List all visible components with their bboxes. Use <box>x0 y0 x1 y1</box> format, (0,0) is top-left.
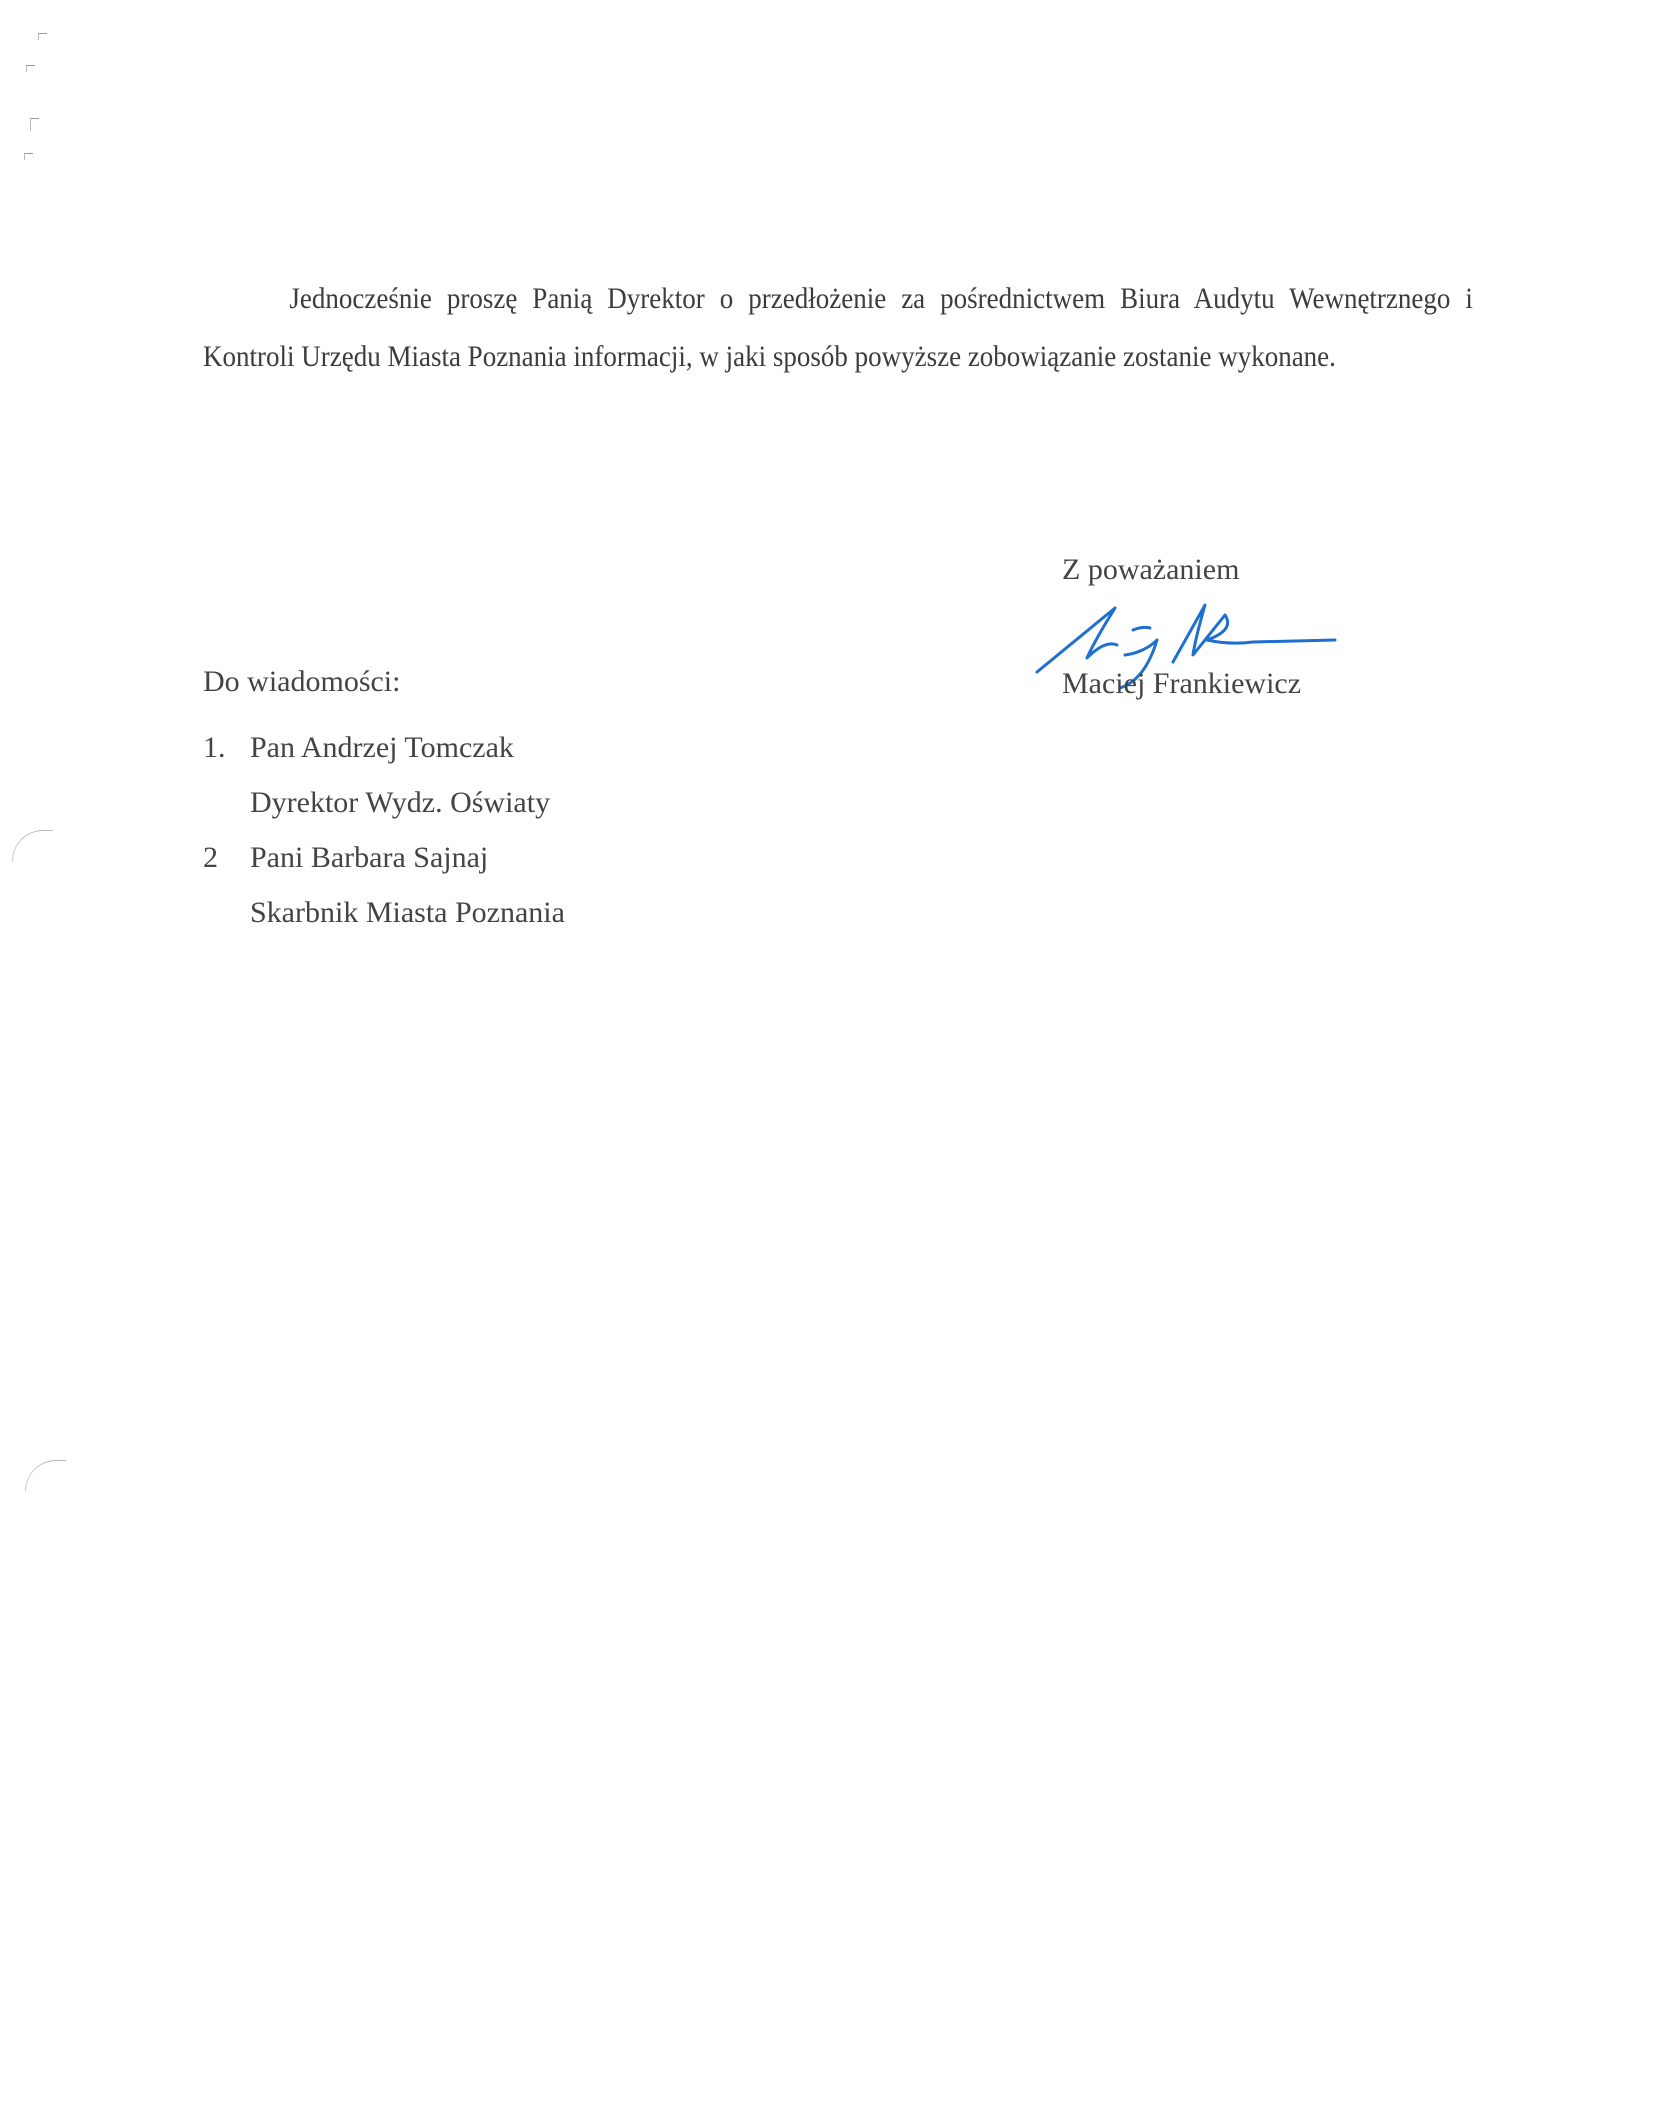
cc-item-title: Dyrektor Wydz. Oświaty <box>250 775 565 830</box>
cc-item-number: 1. <box>203 720 226 775</box>
body-paragraph: Jednocześnie proszę Panią Dyrektor o prz… <box>203 270 1473 386</box>
scan-artifact <box>12 830 53 861</box>
signatory-name: Maciej Frankiewicz <box>1062 667 1301 701</box>
cc-item-number: 2 <box>203 830 218 885</box>
cc-list-item: 1. Pan Andrzej Tomczak Dyrektor Wydz. Oś… <box>203 720 565 830</box>
cc-list: 1. Pan Andrzej Tomczak Dyrektor Wydz. Oś… <box>203 720 565 940</box>
cc-list-item: 2 Pani Barbara Sajnaj Skarbnik Miasta Po… <box>203 830 565 940</box>
cc-item-name: Pani Barbara Sajnaj <box>250 830 565 885</box>
margin-mark <box>26 65 35 72</box>
cc-item-title: Skarbnik Miasta Poznania <box>250 885 565 940</box>
margin-mark <box>38 33 47 40</box>
margin-mark <box>30 118 39 131</box>
cc-item-name: Pan Andrzej Tomczak <box>250 720 565 775</box>
scan-artifact <box>25 1460 66 1491</box>
cc-title: Do wiadomości: <box>203 665 400 699</box>
closing-salutation: Z poważaniem <box>1062 553 1239 587</box>
margin-mark <box>24 153 33 160</box>
